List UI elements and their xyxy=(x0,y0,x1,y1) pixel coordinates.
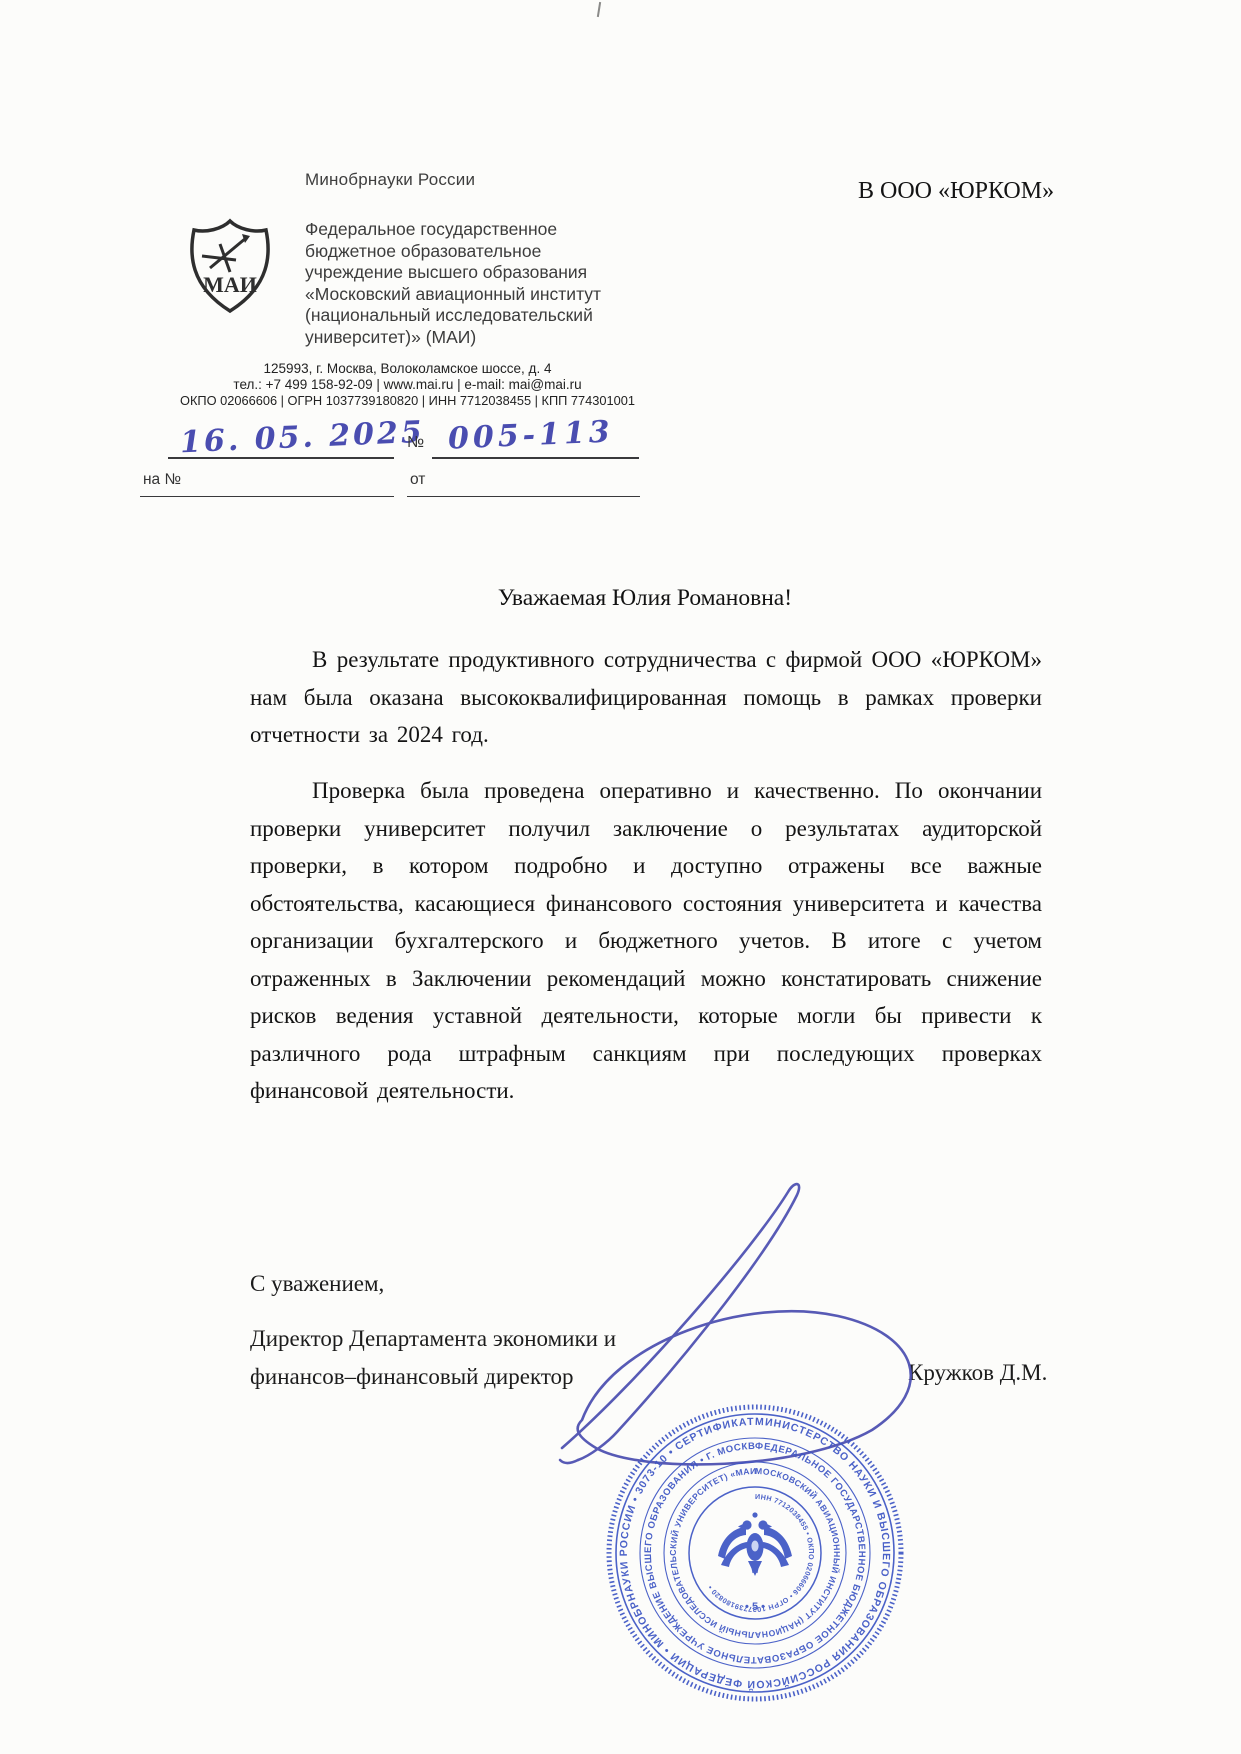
institution-line: (национальный исследовательский xyxy=(305,305,635,327)
handwritten-number: 005-113 xyxy=(447,414,614,456)
scan-artifact xyxy=(597,2,601,17)
salutation: Уважаемая Юлия Романовна! xyxy=(250,585,1040,612)
ministry-name: Минобрнауки России xyxy=(305,170,475,190)
logo-text: МАИ xyxy=(203,272,257,297)
stamp-center-number: • 5 • xyxy=(745,1601,765,1613)
institution-line: «Московский авиационный институт xyxy=(305,284,635,306)
shield-icon xyxy=(192,221,268,311)
airplane-icon xyxy=(202,234,250,272)
handwritten-date: 16. 05. 2025 xyxy=(179,415,425,461)
phone-web-email: тел.: +7 499 158-92-09 | www.mai.ru | e-… xyxy=(95,377,720,393)
body-paragraph-1: В результате продуктивного сотрудничеств… xyxy=(250,641,1042,754)
official-stamp: МИНИСТЕРСТВО НАУКИ И ВЫСШЕГО ОБРАЗОВАНИЯ… xyxy=(600,1398,910,1708)
recipient: В ООО «ЮРКОМ» xyxy=(858,178,1054,205)
letterhead-contacts: 125993, г. Москва, Волоколамское шоссе, … xyxy=(95,361,720,409)
scanned-letter-page: Минобрнауки России МАИ Федеральное госуд… xyxy=(0,0,1241,1754)
institution-line: университет)» (МАИ) xyxy=(305,327,635,349)
from-label: от xyxy=(410,471,425,489)
eagle-emblem-icon xyxy=(718,1512,792,1576)
number-line xyxy=(432,457,639,459)
institution-line: бюджетное образовательное xyxy=(305,241,635,263)
institution-name: Федеральное государственное бюджетное об… xyxy=(305,219,635,349)
institution-line: Федеральное государственное xyxy=(305,219,635,241)
postal-address: 125993, г. Москва, Волоколамское шоссе, … xyxy=(95,361,720,377)
number-label: № xyxy=(407,434,424,452)
mai-logo: МАИ xyxy=(180,216,280,316)
date-line xyxy=(168,457,394,459)
from-date-line xyxy=(407,496,640,497)
registration-codes: ОКПО 02066606 | ОГРН 1037739180820 | ИНН… xyxy=(95,393,720,409)
reply-number-line xyxy=(140,496,394,497)
body-paragraph-2: Проверка была проведена оперативно и кач… xyxy=(250,772,1042,1110)
institution-line: учреждение высшего образования xyxy=(305,262,635,284)
closing: С уважением, xyxy=(250,1271,384,1297)
reply-to-label: на № xyxy=(143,471,181,489)
